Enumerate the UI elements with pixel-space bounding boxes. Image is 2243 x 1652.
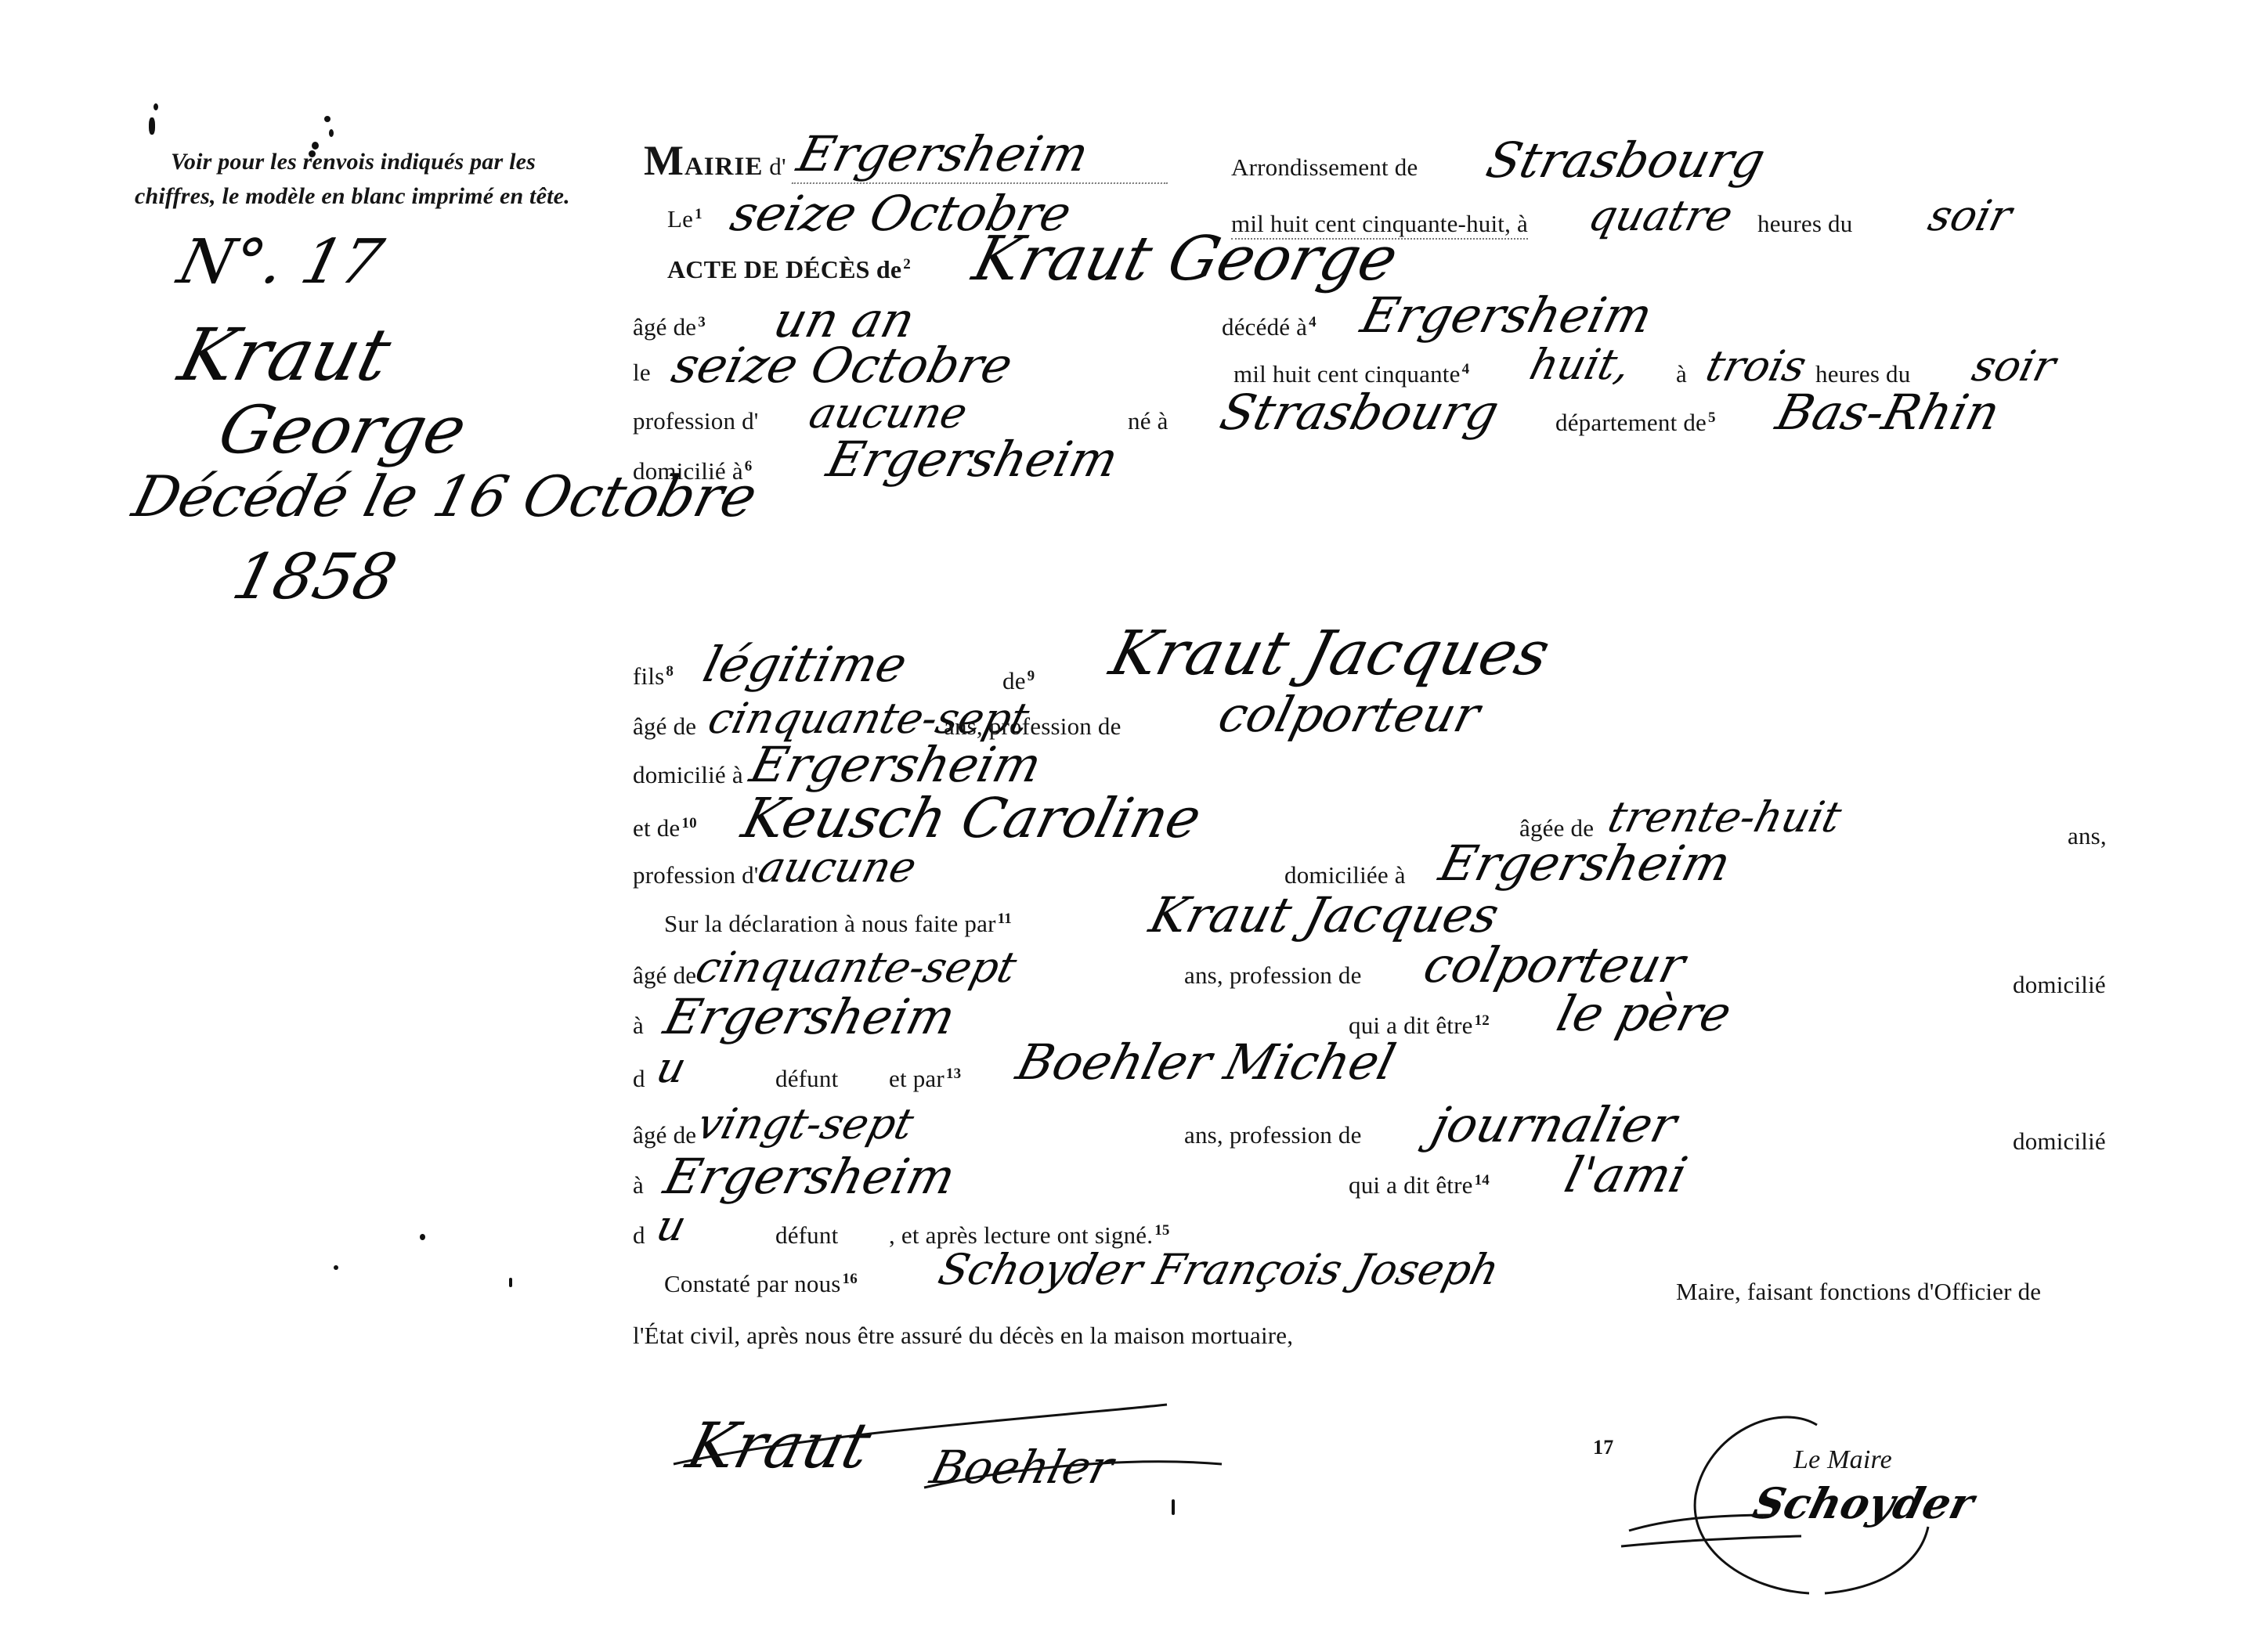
scan-speck	[420, 1234, 425, 1240]
born-label: né à	[1128, 407, 1168, 435]
declarant-2-profession-value: journalier	[1426, 1096, 1682, 1153]
margin-year: 1858	[226, 540, 403, 613]
profession-label: profession d'	[633, 407, 759, 435]
father-prep: de9	[1002, 667, 1036, 695]
declarant-1-age-label: âgé de	[633, 961, 696, 990]
born-value: Strasbourg	[1215, 384, 1504, 441]
died-at-label: décédé à4	[1222, 313, 1318, 341]
declarant-2-relation-value: l'ami	[1559, 1146, 1693, 1203]
scan-speck	[334, 1265, 338, 1270]
declarant-1-suffix-prep: d	[633, 1065, 645, 1093]
mairie-label-rest: AIRIE	[684, 153, 763, 181]
domicile-label: domicilié à6	[633, 457, 754, 485]
department-label: département de5	[1555, 409, 1717, 437]
filiation-value: légitime	[698, 636, 912, 693]
declaration-intro: Sur la déclaration à nous faite par11	[664, 910, 1013, 938]
declarant-2-profession-label: ans, profession de	[1184, 1121, 1362, 1149]
declarant-2-age-label: âgé de	[633, 1121, 696, 1149]
department-value: Bas-Rhin	[1771, 384, 2006, 441]
mairie-prep: d'	[769, 153, 786, 180]
mother-domicile-value: Ergersheim	[1434, 835, 1736, 892]
declarant-2-suffix-hand: u	[652, 1201, 691, 1250]
certification-line-2: l'État civil, après nous être assuré du …	[633, 1322, 1293, 1350]
instructions-line-1: Voir pour les renvois indiqués par les	[171, 149, 536, 175]
certification-label: Constaté par nous16	[664, 1270, 859, 1298]
mother-domicile-label: domiciliée à	[1284, 861, 1406, 889]
deceased-domicile-value: Ergersheim	[822, 431, 1124, 488]
declarant-1-relation-value: le père	[1551, 985, 1737, 1042]
act-hours-label: heures du	[1757, 210, 1852, 238]
declarant-2-domicile-prep: à	[633, 1171, 644, 1199]
death-hour-prep: à	[1676, 360, 1687, 388]
declarant-2-suffix-prep: d	[633, 1221, 645, 1250]
death-date-value: seize Octobre	[666, 337, 1018, 394]
filiation-label: fils8	[633, 662, 675, 691]
declarant-1-domicile-label: domicilié	[2013, 971, 2106, 999]
declarant-2-name: Boehler Michel	[1011, 1033, 1401, 1091]
officer-name: Schoyder François Joseph	[934, 1245, 1504, 1294]
declarant-1-domicile-value: Ergersheim	[659, 988, 961, 1045]
scan-speck	[149, 117, 155, 135]
scan-speck	[509, 1278, 512, 1287]
father-profession: colporteur	[1213, 686, 1486, 743]
died-at-value: Ergersheim	[1356, 287, 1658, 344]
margin-given-name: George	[211, 391, 474, 468]
mother-name: Keusch Caroline	[736, 786, 1208, 850]
declarant-1-suffix-hand: u	[652, 1043, 691, 1092]
father-domicile-value: Ergersheim	[745, 736, 1047, 793]
declarant-2-relation-label: qui a dit être14	[1349, 1171, 1491, 1199]
declarant-2-domicile-value: Ergersheim	[659, 1148, 961, 1205]
scan-speck	[1172, 1499, 1175, 1515]
death-year-value: huit,	[1525, 340, 1635, 389]
certification-role: Maire, faisant fonctions d'Officier de	[1676, 1278, 2041, 1306]
mother-age-unit: ans,	[2068, 822, 2107, 850]
mayor-seal-flourish	[1590, 1401, 1997, 1605]
deceased-name: Kraut George	[966, 224, 1405, 294]
mother-profession-value: aucune	[753, 842, 921, 892]
declarant-1-profession-label: ans, profession de	[1184, 961, 1362, 990]
declarant-2-domicile-label: domicilié	[2013, 1127, 2106, 1156]
act-period-value: soir	[1923, 191, 2017, 240]
mairie-value: Ergersheim	[792, 125, 1183, 184]
mother-prep: et de10	[633, 814, 699, 842]
arrondissement-value: Strasbourg	[1481, 132, 1771, 189]
instructions-line-2: chiffres, le modèle en blanc imprimé en …	[135, 183, 570, 210]
declarant-1-domicile-prep: à	[633, 1012, 644, 1040]
mother-profession-label: profession d'	[633, 861, 759, 889]
death-date-label: le	[633, 359, 651, 387]
margin-surname: Kraut	[172, 313, 399, 397]
signature-flourish	[658, 1401, 1363, 1495]
arrondissement-label: Arrondissement de	[1231, 153, 1418, 182]
father-name: Kraut Jacques	[1103, 619, 1557, 689]
declarant-2-prep: et par13	[889, 1065, 963, 1093]
scan-speck	[154, 103, 158, 110]
act-hour-value: quatre	[1584, 191, 1738, 240]
margin-number: N°. 17	[172, 227, 390, 298]
mairie-label-cap: M	[644, 137, 684, 184]
father-age-label: âgé de	[633, 712, 696, 741]
declarant-2-suffix: défunt	[775, 1221, 838, 1250]
father-domicile-label: domicilié à	[633, 761, 743, 789]
scan-speck	[324, 116, 330, 122]
date-label: Le1	[667, 205, 704, 233]
declarant-1-name: Kraut Jacques	[1144, 886, 1504, 943]
declarant-2-age-value: vingt-sept	[692, 1099, 919, 1149]
act-title-label: ACTE DE DÉCÈS de2	[667, 255, 912, 284]
declarant-1-age-value: cinquante-sept	[691, 943, 1021, 992]
declarant-1-suffix: défunt	[775, 1065, 838, 1093]
mairie-label: MAIRIE d'	[644, 136, 786, 185]
scan-speck	[329, 129, 334, 137]
